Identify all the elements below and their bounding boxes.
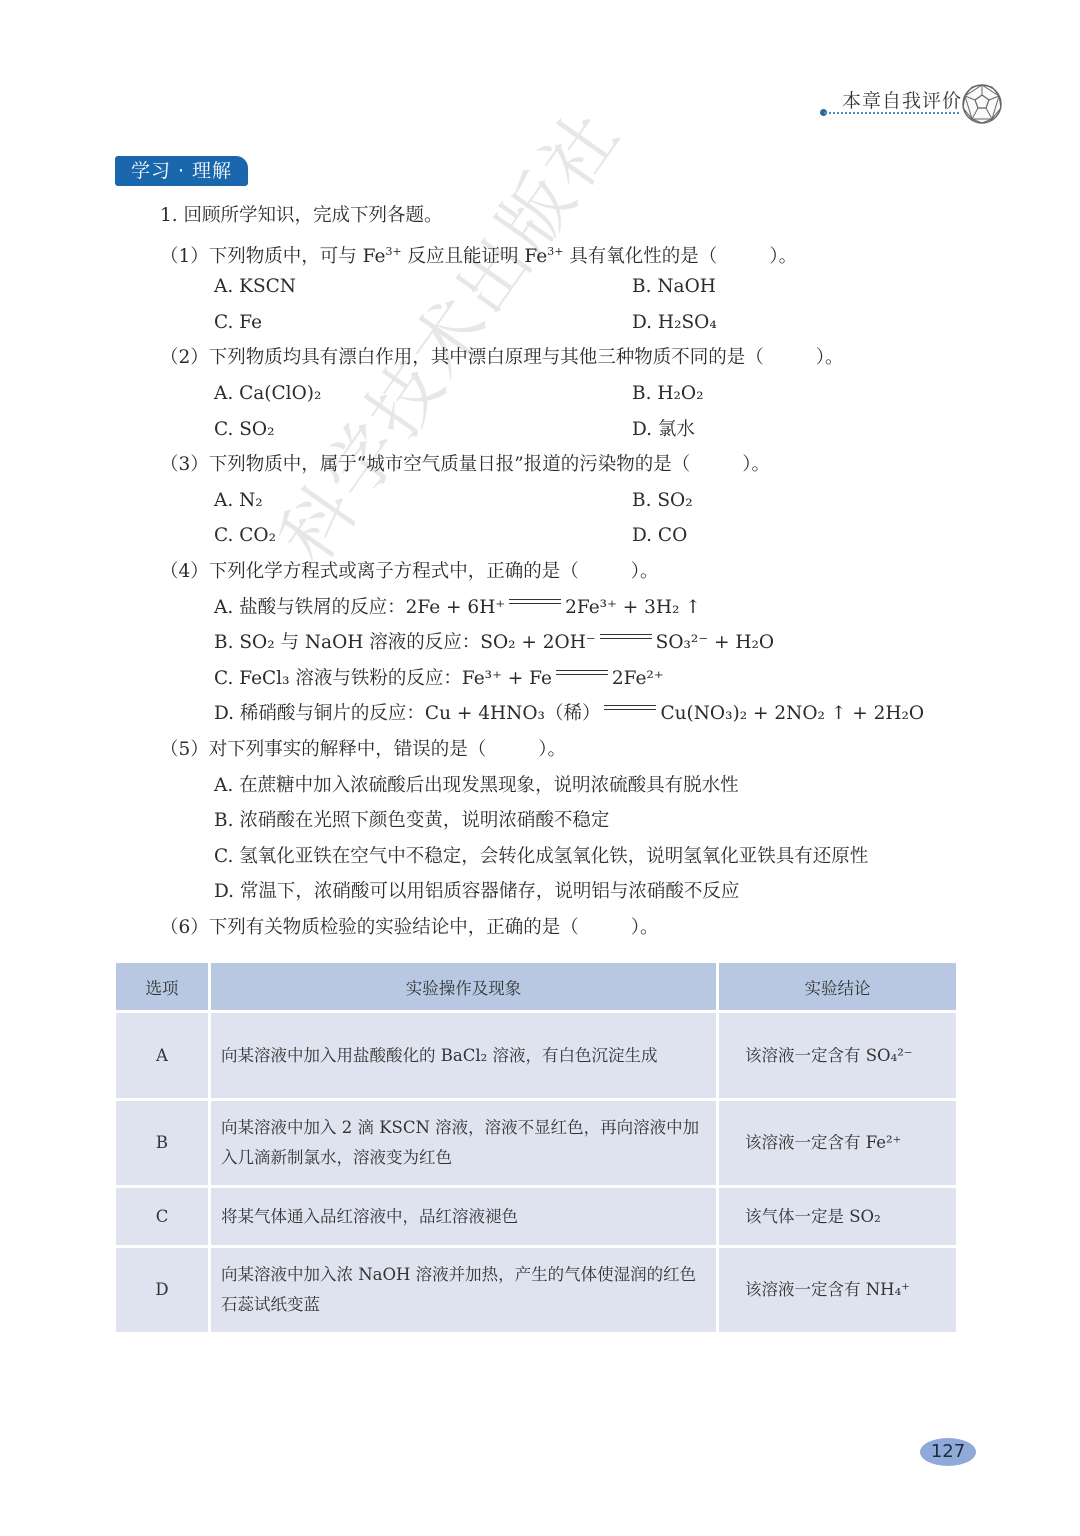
cell-conclusion: 该溶液一定含有 Fe²⁺ [719,1101,959,1188]
header-option: 选项 [116,963,211,1013]
table-row: D 向某溶液中加入浓 NaOH 溶液并加热，产生的气体使湿润的红色石蕊试纸变蓝 … [116,1248,959,1335]
option-b: B. 浓硝酸在光照下颜色变黄，说明浓硝酸不稳定 [160,803,980,839]
options-row: A. N₂ B. SO₂ [160,483,980,519]
options-row: C. CO₂ D. CO [160,518,980,554]
cell-operation: 将某气体通入品红溶液中，品红溶液褪色 [211,1188,719,1248]
question-1-1-stem: （1）下列物质中，可与 Fe3+ 反应且能证明 Fe3+ 具有氧化性的是（）。 [160,234,980,270]
option-b: B. SO₂ 与 NaOH 溶液的反应：SO₂ + 2OH⁻SO₃²⁻ + H₂… [160,625,980,661]
option-c: C. SO₂ [214,412,275,448]
cell-conclusion: 该溶液一定含有 NH₄⁺ [719,1248,959,1335]
option-d: D. H₂SO₄ [632,305,717,341]
option-c: C. 氢氧化亚铁在空气中不稳定，会转化成氢氧化铁，说明氢氧化亚铁具有还原性 [160,839,980,875]
option-a: A. KSCN [214,269,296,305]
header-conclusion: 实验结论 [719,963,959,1013]
section-badge-study-understand: 学习 · 理解 [115,156,248,186]
option-a: A. 在蔗糖中加入浓硫酸后出现发黑现象，说明浓硫酸具有脱水性 [160,768,980,804]
equals-sign [552,670,612,680]
option-c: C. Fe [214,305,262,341]
cell-operation: 向某溶液中加入 2 滴 KSCN 溶液，溶液不显红色，再向溶液中加入几滴新制氯水… [211,1101,719,1188]
option-b: B. H₂O₂ [632,376,704,412]
cell-option: B [116,1101,211,1188]
experiment-table: 选项 实验操作及现象 实验结论 A 向某溶液中加入用盐酸酸化的 BaCl₂ 溶液… [116,963,959,1335]
table-row: B 向某溶液中加入 2 滴 KSCN 溶液，溶液不显红色，再向溶液中加入几滴新制… [116,1101,959,1188]
question-1-4-stem: （4）下列化学方程式或离子方程式中，正确的是（）。 [160,554,980,590]
table-header-row: 选项 实验操作及现象 实验结论 [116,963,959,1013]
options-row: C. SO₂ D. 氯水 [160,412,980,448]
equals-sign [600,705,660,715]
question-content: 1. 回顾所学知识，完成下列各题。 （1）下列物质中，可与 Fe3+ 反应且能证… [160,198,980,945]
table-row: C 将某气体通入品红溶液中，品红溶液褪色 该气体一定是 SO₂ [116,1188,959,1248]
option-b: B. NaOH [632,269,716,305]
option-c: C. CO₂ [214,518,276,554]
options-row: A. Ca(ClO)₂ B. H₂O₂ [160,376,980,412]
option-d: D. CO [632,518,687,554]
cell-conclusion: 该气体一定是 SO₂ [719,1188,959,1248]
cell-operation: 向某溶液中加入浓 NaOH 溶液并加热，产生的气体使湿润的红色石蕊试纸变蓝 [211,1248,719,1335]
header-dotted-line [824,112,959,114]
option-d: D. 氯水 [632,412,695,448]
page-number: 127 [920,1438,976,1466]
chapter-title: 本章自我评价 [842,86,962,113]
question-1-stem: 1. 回顾所学知识，完成下列各题。 [160,198,980,234]
header-operation: 实验操作及现象 [211,963,719,1013]
fullerene-ball-icon [960,82,1004,126]
question-1-5-stem: （5）对下列事实的解释中，错误的是（）。 [160,732,980,768]
cell-option: A [116,1013,211,1101]
question-1-6-stem: （6）下列有关物质检验的实验结论中，正确的是（）。 [160,910,980,946]
table-row: A 向某溶液中加入用盐酸酸化的 BaCl₂ 溶液，有白色沉淀生成 该溶液一定含有… [116,1013,959,1101]
options-row: C. Fe D. H₂SO₄ [160,305,980,341]
question-1-2-stem: （2）下列物质均具有漂白作用，其中漂白原理与其他三种物质不同的是（）。 [160,340,980,376]
option-a: A. N₂ [214,483,263,519]
option-d: D. 稀硝酸与铜片的反应：Cu + 4HNO₃（稀）Cu(NO₃)₂ + 2NO… [160,696,980,732]
option-c: C. FeCl₃ 溶液与铁粉的反应：Fe³⁺ + Fe2Fe²⁺ [160,661,980,697]
cell-option: D [116,1248,211,1335]
cell-conclusion: 该溶液一定含有 SO₄²⁻ [719,1013,959,1101]
option-a: A. 盐酸与铁屑的反应：2Fe + 6H⁺2Fe³⁺ + 3H₂ ↑ [160,590,980,626]
question-1-3-stem: （3）下列物质中，属于“城市空气质量日报”报道的污染物的是（）。 [160,447,980,483]
cell-operation: 向某溶液中加入用盐酸酸化的 BaCl₂ 溶液，有白色沉淀生成 [211,1013,719,1101]
cell-option: C [116,1188,211,1248]
equals-sign [505,599,565,609]
option-a: A. Ca(ClO)₂ [214,376,321,412]
chapter-header: 本章自我评价 [820,82,1010,130]
options-row: A. KSCN B. NaOH [160,269,980,305]
option-b: B. SO₂ [632,483,693,519]
option-d: D. 常温下，浓硝酸可以用铝质容器储存，说明铝与浓硝酸不反应 [160,874,980,910]
equals-sign [596,634,656,644]
